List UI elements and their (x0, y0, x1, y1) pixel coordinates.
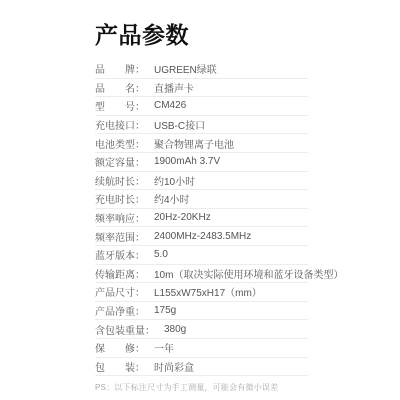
spec-label-text: 品名 (95, 80, 135, 95)
spec-value: 5.0 (154, 249, 168, 260)
spec-label-colon: ： (135, 359, 145, 374)
spec-label-text: 品牌 (95, 61, 135, 76)
spec-label-text: 续航时长 (95, 173, 135, 188)
spec-label: 电池类型： (95, 136, 145, 151)
spec-label: 包装： (95, 359, 145, 374)
spec-label-colon: ： (135, 210, 145, 225)
spec-label-text: 充电接口 (95, 117, 135, 132)
spec-label: 型号： (95, 98, 145, 113)
spec-row: 电池类型：聚合物锂离子电池 (95, 134, 308, 153)
spec-label-colon: ： (135, 98, 145, 113)
spec-row: 充电接口：USB-C接口 (95, 116, 308, 135)
product-spec-page: 产品参数 品牌：UGREEN绿联品名：直播声卡型号：CM426充电接口：USB-… (95, 22, 308, 393)
spec-label-text: 蓝牙版本 (95, 247, 135, 262)
spec-label-text: 保修 (95, 340, 135, 355)
spec-label: 产品净重： (95, 303, 145, 318)
spec-label-colon: ： (135, 61, 145, 76)
spec-label-colon: ： (135, 191, 145, 206)
spec-value: 直播声卡 (154, 80, 194, 95)
spec-value: 时尚彩盒 (154, 359, 194, 374)
spec-label: 额定容量： (95, 154, 145, 169)
footnote: PS：以下标注尺寸为手工测量，可能会有微小误差 (95, 382, 308, 393)
spec-label: 充电接口： (95, 117, 145, 132)
spec-label-colon: ： (135, 154, 145, 169)
spec-row: 产品尺寸：L155xW75xH17（mm） (95, 283, 308, 302)
spec-label: 含包装重量： (95, 322, 155, 337)
spec-row: 型号：CM426 (95, 97, 308, 116)
spec-row: 保修：一年 (95, 339, 308, 358)
spec-label-colon: ： (145, 322, 155, 337)
spec-label-colon: ： (135, 229, 145, 244)
spec-value: 380g (164, 324, 186, 335)
spec-value: 约4小时 (154, 191, 190, 206)
spec-row: 充电时长：约4小时 (95, 190, 308, 209)
spec-label: 频率响应： (95, 210, 145, 225)
spec-label-colon: ： (135, 80, 145, 95)
spec-label: 蓝牙版本： (95, 247, 145, 262)
spec-row: 传输距离：10m（取决实际使用环境和蓝牙设备类型） (95, 265, 308, 284)
spec-row: 含包装重量：380g (95, 320, 308, 339)
spec-label: 频率范围： (95, 229, 145, 244)
spec-label-colon: ： (135, 136, 145, 151)
spec-label-text: 电池类型 (95, 136, 135, 151)
spec-label-text: 充电时长 (95, 191, 135, 206)
spec-row: 蓝牙版本：5.0 (95, 246, 308, 265)
spec-label-colon: ： (135, 303, 145, 318)
spec-label-text: 传输距离 (95, 266, 135, 281)
spec-label-colon: ： (135, 173, 145, 188)
spec-label-colon: ： (135, 247, 145, 262)
spec-label-colon: ： (135, 117, 145, 132)
spec-label: 保修： (95, 340, 145, 355)
spec-value: UGREEN绿联 (154, 61, 217, 76)
spec-row: 续航时长：约10小时 (95, 172, 308, 191)
spec-label-text: 额定容量 (95, 154, 135, 169)
spec-value: 1900mAh 3.7V (154, 156, 220, 167)
spec-value: 约10小时 (154, 173, 195, 188)
spec-row: 产品净重：175g (95, 302, 308, 321)
spec-label: 品名： (95, 80, 145, 95)
spec-label: 充电时长： (95, 191, 145, 206)
spec-row: 品名：直播声卡 (95, 79, 308, 98)
spec-value: 聚合物锂离子电池 (154, 136, 234, 151)
spec-label-text: 频率响应 (95, 210, 135, 225)
spec-value: USB-C接口 (154, 117, 205, 132)
spec-value: CM426 (154, 100, 186, 111)
spec-value: 20Hz-20KHz (154, 212, 211, 223)
spec-label-colon: ： (135, 340, 145, 355)
page-title: 产品参数 (95, 22, 308, 48)
spec-label-text: 产品尺寸 (95, 284, 135, 299)
spec-label-colon: ： (135, 284, 145, 299)
spec-label-text: 频率范围 (95, 229, 135, 244)
spec-value: 175g (154, 305, 176, 316)
spec-value: 2400MHz-2483.5MHz (154, 231, 251, 242)
spec-row: 额定容量：1900mAh 3.7V (95, 153, 308, 172)
spec-label-text: 产品净重 (95, 303, 135, 318)
spec-row: 频率范围：2400MHz-2483.5MHz (95, 227, 308, 246)
spec-label-text: 型号 (95, 98, 135, 113)
spec-label: 续航时长： (95, 173, 145, 188)
spec-label: 传输距离： (95, 266, 145, 281)
spec-value: 10m（取决实际使用环境和蓝牙设备类型） (154, 266, 343, 281)
spec-row: 包装：时尚彩盒 (95, 358, 308, 377)
spec-row: 频率响应：20Hz-20KHz (95, 209, 308, 228)
spec-value: 一年 (154, 340, 174, 355)
spec-label-colon: ： (135, 266, 145, 281)
spec-table: 品牌：UGREEN绿联品名：直播声卡型号：CM426充电接口：USB-C接口电池… (95, 60, 308, 376)
spec-label-text: 含包装重量 (95, 322, 145, 337)
spec-value: L155xW75xH17（mm） (154, 284, 262, 299)
spec-label-text: 包装 (95, 359, 135, 374)
spec-row: 品牌：UGREEN绿联 (95, 60, 308, 79)
spec-label: 品牌： (95, 61, 145, 76)
spec-label: 产品尺寸： (95, 284, 145, 299)
